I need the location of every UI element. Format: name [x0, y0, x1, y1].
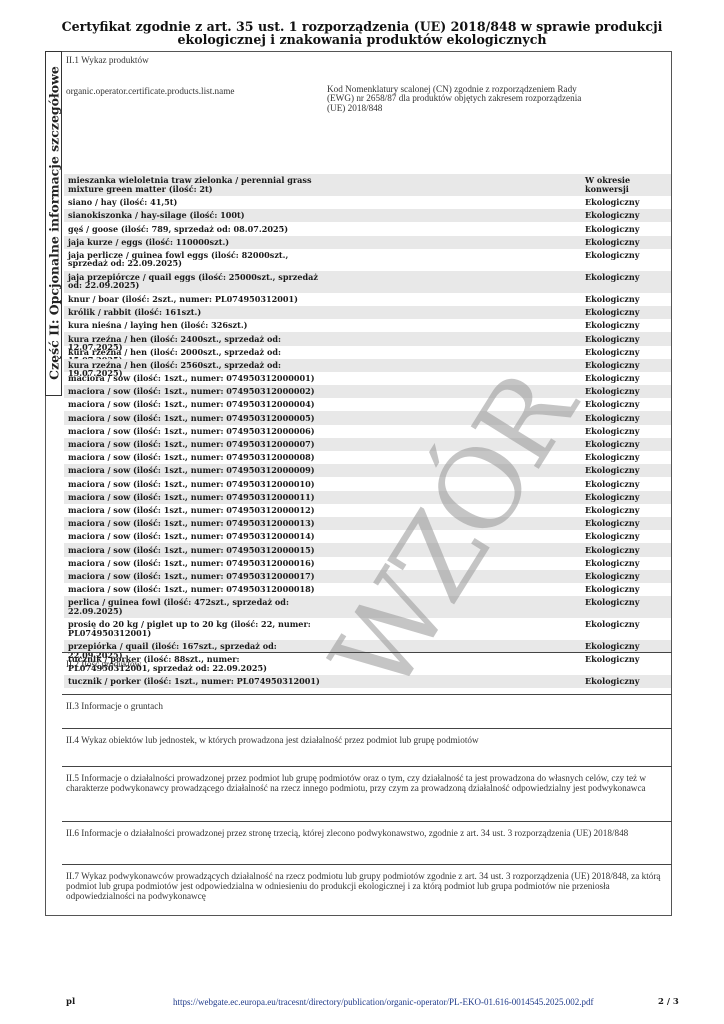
table-row: maciora / sow (ilość: 1szt., numer: 0749…: [64, 398, 671, 411]
product-name: maciora / sow (ilość: 1szt., numer: 0749…: [68, 519, 320, 528]
product-name: królik / rabbit (ilość: 161szt.): [68, 308, 320, 317]
table-row: maciora / sow (ilość: 1szt., numer: 0749…: [64, 385, 671, 398]
product-name: maciora / sow (ilość: 1szt., numer: 0749…: [68, 400, 320, 409]
table-row: perlica / guinea fowl (ilość: 472szt., s…: [64, 596, 671, 618]
product-status: Ekologiczny: [585, 211, 640, 219]
footer-language: pl: [66, 997, 75, 1007]
product-name: maciora / sow (ilość: 1szt., numer: 0749…: [68, 387, 320, 396]
product-status: Ekologiczny: [585, 480, 640, 488]
table-row: gęś / goose (ilość: 789, sprzedaż od: 08…: [64, 222, 671, 235]
product-name: maciora / sow (ilość: 1szt., numer: 0749…: [68, 440, 320, 449]
product-status: Ekologiczny: [585, 321, 640, 329]
table-row: królik / rabbit (ilość: 161szt.)Ekologic…: [64, 306, 671, 319]
table-row: maciora / sow (ilość: 1szt., numer: 0749…: [64, 543, 671, 556]
product-status: Ekologiczny: [585, 387, 640, 395]
product-name: prosię do 20 kg / piglet up to 20 kg (il…: [68, 620, 320, 638]
table-row: maciora / sow (ilość: 1szt., numer: 0749…: [64, 517, 671, 530]
product-status: Ekologiczny: [585, 348, 640, 356]
product-status: Ekologiczny: [585, 400, 640, 408]
product-status: Ekologiczny: [585, 519, 640, 527]
product-status: Ekologiczny: [585, 493, 640, 501]
table-row: jaja perlicze / guinea fowl eggs (ilość:…: [64, 249, 671, 271]
table-row: jaja kurze / eggs (ilość: 110000szt.)Eko…: [64, 236, 671, 249]
section-title: II.7 Wykaz podwykonawców prowadzących dz…: [62, 865, 672, 901]
product-name: mieszanka wieloletnia traw zielonka / pe…: [68, 176, 320, 194]
table-row: maciora / sow (ilość: 1szt., numer: 0749…: [64, 557, 671, 570]
product-name: kura rzeźna / hen (ilość: 2560szt., sprz…: [68, 361, 320, 370]
product-status: Ekologiczny: [585, 642, 640, 650]
product-status: Ekologiczny: [585, 453, 640, 461]
product-name: perlica / guinea fowl (ilość: 472szt., s…: [68, 598, 320, 616]
table-row: maciora / sow (ilość: 1szt., numer: 0749…: [64, 504, 671, 517]
product-status: Ekologiczny: [585, 361, 640, 369]
product-name: kura rzeźna / hen (ilość: 2000szt., sprz…: [68, 348, 320, 357]
product-status: Ekologiczny: [585, 585, 640, 593]
table-row: kura rzeźna / hen (ilość: 2000szt., sprz…: [64, 346, 671, 359]
product-name: kura rzeźna / hen (ilość: 2400szt., sprz…: [68, 335, 320, 344]
table-row: kura rzeźna / hen (ilość: 2560szt., sprz…: [64, 359, 671, 372]
page-number: 2 / 3: [658, 997, 679, 1007]
part-label: Część II: Opcjonalne informacje szczegół…: [47, 66, 62, 380]
section-II-5: II.5 Informacje o działalności prowadzon…: [62, 766, 672, 821]
table-row: maciora / sow (ilość: 1szt., numer: 0749…: [64, 570, 671, 583]
product-status: Ekologiczny: [585, 532, 640, 540]
table-row: maciora / sow (ilość: 1szt., numer: 0749…: [64, 464, 671, 477]
product-status: Ekologiczny: [585, 273, 640, 281]
product-name: knur / boar (ilość: 2szt., numer: PL0749…: [68, 295, 320, 304]
section-title: II.4 Wykaz obiektów lub jednostek, w któ…: [62, 729, 672, 745]
product-name: maciora / sow (ilość: 1szt., numer: 0749…: [68, 585, 320, 594]
product-status: Ekologiczny: [585, 466, 640, 474]
table-row: maciora / sow (ilość: 1szt., numer: 0749…: [64, 491, 671, 504]
product-status: Ekologiczny: [585, 546, 640, 554]
products-section: II.1 Wykaz produktów organic.operator.ce…: [62, 51, 672, 652]
table-row: kura rzeźna / hen (ilość: 2400szt., sprz…: [64, 332, 671, 345]
product-status: Ekologiczny: [585, 414, 640, 422]
table-row: maciora / sow (ilość: 1szt., numer: 0749…: [64, 425, 671, 438]
product-status: Ekologiczny: [585, 295, 640, 303]
column-header-name: organic.operator.certificate.products.li…: [66, 86, 234, 96]
section-II-2: II.2 Ilość produktów: [62, 652, 672, 694]
product-name: sianokiszonka / hay-silage (ilość: 100t): [68, 211, 320, 220]
product-name: maciora / sow (ilość: 1szt., numer: 0749…: [68, 480, 320, 489]
product-status: Ekologiczny: [585, 374, 640, 382]
table-row: siano / hay (ilość: 41,5t)Ekologiczny: [64, 196, 671, 209]
table-row: maciora / sow (ilość: 1szt., numer: 0749…: [64, 583, 671, 596]
product-status: Ekologiczny: [585, 440, 640, 448]
table-row: maciora / sow (ilość: 1szt., numer: 0749…: [64, 451, 671, 464]
section-II-7: II.7 Wykaz podwykonawców prowadzących dz…: [62, 864, 672, 916]
product-name: maciora / sow (ilość: 1szt., numer: 0749…: [68, 493, 320, 502]
table-row: prosię do 20 kg / piglet up to 20 kg (il…: [64, 618, 671, 640]
document-title: Certyfikat zgodnie z art. 35 ust. 1 rozp…: [40, 20, 684, 46]
product-name: maciora / sow (ilość: 1szt., numer: 0749…: [68, 532, 320, 541]
section-title: II.3 Informacje o gruntach: [62, 695, 672, 711]
table-row: maciora / sow (ilość: 1szt., numer: 0749…: [64, 530, 671, 543]
column-header-cn-code: Kod Nomenklatury scalonej (CN) zgodnie z…: [327, 85, 597, 113]
table-row: knur / boar (ilość: 2szt., numer: PL0749…: [64, 293, 671, 306]
product-name: kura nieśna / laying hen (ilość: 326szt.…: [68, 321, 320, 330]
product-status: Ekologiczny: [585, 572, 640, 580]
product-name: przepiórka / quail (ilość: 167szt., sprz…: [68, 642, 320, 651]
product-status: Ekologiczny: [585, 335, 640, 343]
product-name: jaja perlicze / guinea fowl eggs (ilość:…: [68, 251, 320, 269]
products-table: mieszanka wieloletnia traw zielonka / pe…: [64, 174, 671, 688]
product-status: Ekologiczny: [585, 225, 640, 233]
product-name: siano / hay (ilość: 41,5t): [68, 198, 320, 207]
section-II-3: II.3 Informacje o gruntach: [62, 694, 672, 728]
product-status: Ekologiczny: [585, 198, 640, 206]
section-title: II.5 Informacje o działalności prowadzon…: [62, 767, 672, 793]
product-name: maciora / sow (ilość: 1szt., numer: 0749…: [68, 559, 320, 568]
table-row: maciora / sow (ilość: 1szt., numer: 0749…: [64, 411, 671, 424]
section-title: II.6 Informacje o działalności prowadzon…: [62, 822, 672, 838]
product-name: maciora / sow (ilość: 1szt., numer: 0749…: [68, 414, 320, 423]
product-name: maciora / sow (ilość: 1szt., numer: 0749…: [68, 453, 320, 462]
section-II-6: II.6 Informacje o działalności prowadzon…: [62, 821, 672, 864]
table-row: kura nieśna / laying hen (ilość: 326szt.…: [64, 319, 671, 332]
product-name: jaja kurze / eggs (ilość: 110000szt.): [68, 238, 320, 247]
product-name: maciora / sow (ilość: 1szt., numer: 0749…: [68, 572, 320, 581]
table-row: sianokiszonka / hay-silage (ilość: 100t)…: [64, 209, 671, 222]
product-name: gęś / goose (ilość: 789, sprzedaż od: 08…: [68, 225, 320, 234]
footer-url-link[interactable]: https://webgate.ec.europa.eu/tracesnt/di…: [173, 997, 593, 1007]
product-status: Ekologiczny: [585, 251, 640, 259]
product-status: Ekologiczny: [585, 506, 640, 514]
product-name: maciora / sow (ilość: 1szt., numer: 0749…: [68, 466, 320, 475]
table-row: maciora / sow (ilość: 1szt., numer: 0749…: [64, 438, 671, 451]
table-row: mieszanka wieloletnia traw zielonka / pe…: [64, 174, 671, 196]
product-status: Ekologiczny: [585, 238, 640, 246]
products-section-title: II.1 Wykaz produktów: [66, 55, 149, 65]
product-name: jaja przepiórcze / quail eggs (ilość: 25…: [68, 273, 320, 291]
product-status: Ekologiczny: [585, 427, 640, 435]
section-title: II.2 Ilość produktów: [62, 653, 672, 669]
table-row: maciora / sow (ilość: 1szt., numer: 0749…: [64, 477, 671, 490]
product-name: maciora / sow (ilość: 1szt., numer: 0749…: [68, 374, 320, 383]
product-status: Ekologiczny: [585, 598, 640, 606]
product-status: Ekologiczny: [585, 620, 640, 628]
product-name: maciora / sow (ilość: 1szt., numer: 0749…: [68, 427, 320, 436]
section-II-4: II.4 Wykaz obiektów lub jednostek, w któ…: [62, 728, 672, 766]
table-row: maciora / sow (ilość: 1szt., numer: 0749…: [64, 372, 671, 385]
product-status: Ekologiczny: [585, 559, 640, 567]
product-name: maciora / sow (ilość: 1szt., numer: 0749…: [68, 546, 320, 555]
table-row: jaja przepiórcze / quail eggs (ilość: 25…: [64, 271, 671, 293]
product-status: Ekologiczny: [585, 308, 640, 316]
product-name: maciora / sow (ilość: 1szt., numer: 0749…: [68, 506, 320, 515]
product-status: W okresie konwersji: [585, 176, 645, 193]
